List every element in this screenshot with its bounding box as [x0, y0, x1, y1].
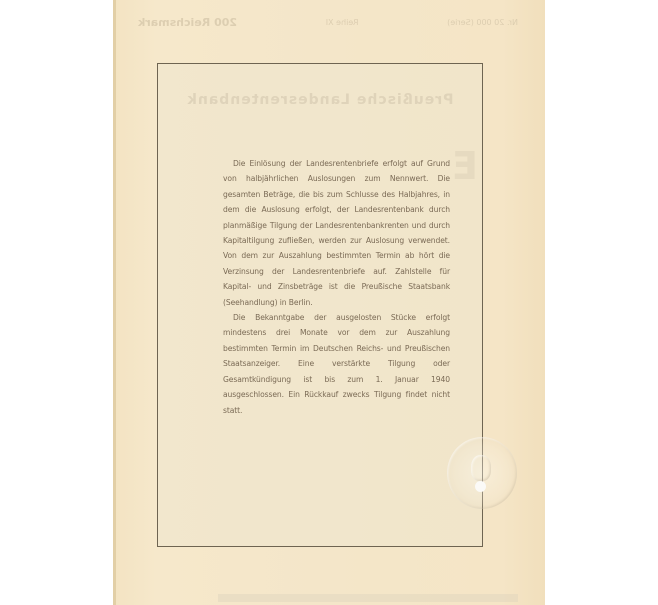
bleed-through-title: Preußische Landesrentenbank [158, 92, 482, 108]
seal-portrait-icon [471, 455, 491, 481]
bleed-through-header: Nr. 20 000 (Serie) Reihe XI 200 Reichsma… [138, 16, 518, 28]
bleed-through-serial: Nr. 20 000 (Serie) [447, 18, 518, 27]
terms-text: Die Einlösung der Landesrentenbriefe erf… [223, 156, 450, 418]
paragraph-redemption: Die Einlösung der Landesrentenbriefe erf… [223, 156, 450, 310]
paragraph-announcement: Die Bekanntgabe der ausgelosten Stücke e… [223, 310, 450, 418]
bleed-through-denomination: 200 Reichsmark [138, 16, 237, 29]
text-frame: Preußische Landesrentenbank E Die Einlös… [157, 63, 483, 547]
bond-certificate-back: Nr. 20 000 (Serie) Reihe XI 200 Reichsma… [113, 0, 545, 605]
embossed-seal-icon [447, 437, 517, 509]
bleed-through-footer [218, 594, 518, 602]
bleed-through-series: Reihe XI [326, 18, 359, 27]
punch-hole [475, 481, 486, 492]
